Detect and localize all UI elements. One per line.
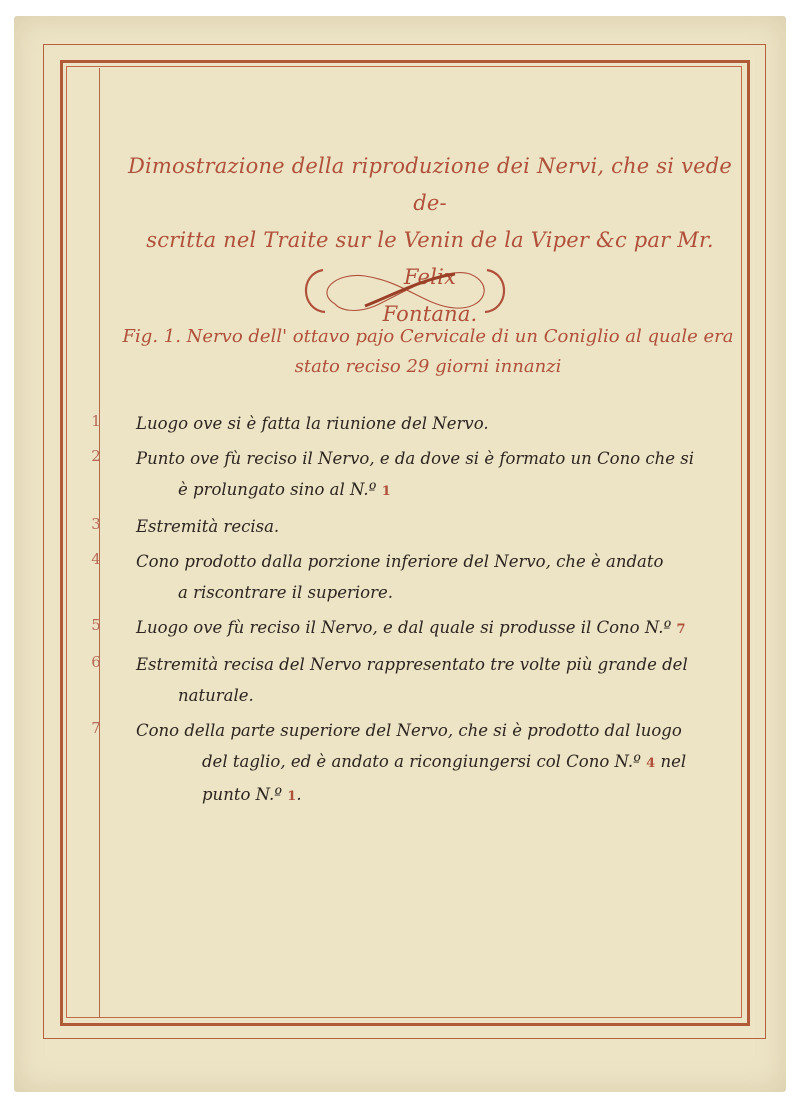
legend-entries: 1 Luogo ove si è fatta la riunione del N…: [70, 408, 760, 816]
entry-text: Luogo ove fù reciso il Nervo, e dal qual…: [70, 612, 760, 645]
entry-text-fragment: del taglio, ed è andato a ricongiungersi…: [202, 752, 641, 771]
entry-number: 4: [86, 550, 106, 568]
entry-text-fragment: nel: [660, 752, 686, 771]
entry-number: 5: [86, 616, 106, 634]
entry-number: 6: [86, 653, 106, 671]
entry-text-fragment: .: [296, 785, 301, 804]
entry-text: Punto ove fù reciso il Nervo, e da dove …: [70, 443, 760, 474]
legend-entry-4: 4 Cono prodotto dalla porzione inferiore…: [70, 546, 760, 608]
entry-text-continued: è prolungato sino al N.º 1: [70, 474, 760, 507]
legend-entry-7: 7 Cono della parte superiore del Nervo, …: [70, 715, 760, 812]
entry-text: Luogo ove si è fatta la riunione del Ner…: [70, 408, 760, 439]
legend-entry-5: 5 Luogo ove fù reciso il Nervo, e dal qu…: [70, 612, 760, 645]
entry-number: 2: [86, 447, 106, 465]
entry-number: 1: [86, 412, 106, 430]
entry-text: Cono prodotto dalla porzione inferiore d…: [70, 546, 760, 577]
entry-text-fragment: punto N.º: [202, 785, 282, 804]
title-line: Dimostrazione della riproduzione dei Ner…: [120, 148, 740, 222]
entry-text: Estremità recisa del Nervo rappresentato…: [70, 649, 760, 680]
calligraphic-flourish-ornament: [295, 262, 515, 318]
entry-text-continued: del taglio, ed è andato a ricongiungersi…: [70, 746, 760, 779]
entry-text: Estremità recisa.: [70, 511, 760, 542]
reference-number: 1: [287, 789, 296, 804]
entry-text-continued: naturale.: [70, 680, 760, 711]
entry-text-continued: a riscontrare il superiore.: [70, 577, 760, 608]
entry-number: 7: [86, 719, 106, 737]
legend-entry-3: 3 Estremità recisa.: [70, 511, 760, 542]
caption-line: stato reciso 29 giorni innanzi: [118, 352, 738, 382]
reference-number: 4: [646, 756, 655, 771]
legend-entry-2: 2 Punto ove fù reciso il Nervo, e da dov…: [70, 443, 760, 507]
entry-text-fragment: Luogo ove fù reciso il Nervo, e dal qual…: [136, 618, 671, 637]
caption-line: Fig. 1. Nervo dell' ottavo pajo Cervical…: [118, 322, 738, 352]
legend-entry-6: 6 Estremità recisa del Nervo rappresenta…: [70, 649, 760, 711]
entry-text-fragment: è prolungato sino al N.º: [178, 480, 376, 499]
figure-caption: Fig. 1. Nervo dell' ottavo pajo Cervical…: [118, 322, 738, 382]
legend-entry-1: 1 Luogo ove si è fatta la riunione del N…: [70, 408, 760, 439]
reference-number: 1: [382, 484, 391, 499]
reference-number: 7: [677, 622, 686, 637]
entry-text: Cono della parte superiore del Nervo, ch…: [70, 715, 760, 746]
entry-text-continued: punto N.º 1.: [70, 779, 760, 812]
entry-number: 3: [86, 515, 106, 533]
